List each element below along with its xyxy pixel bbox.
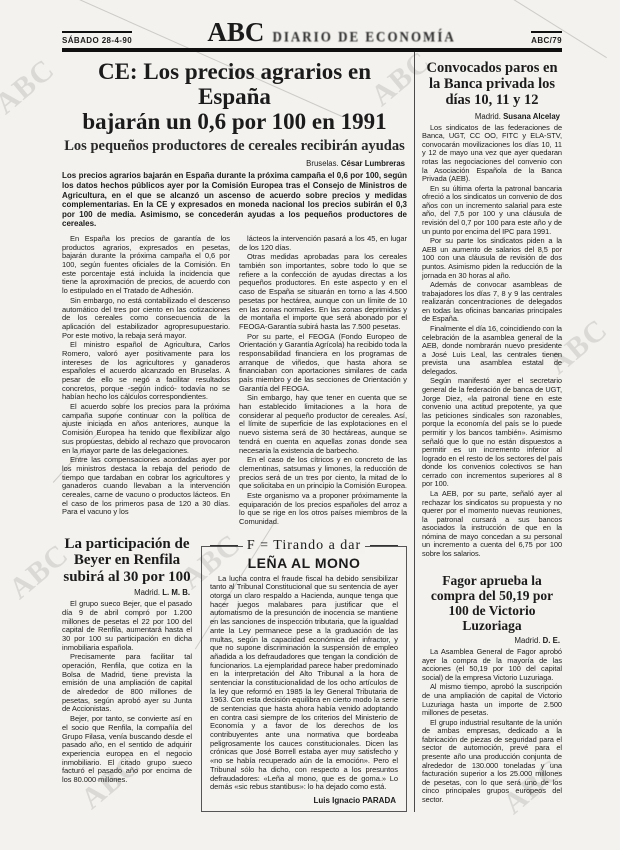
banca-dateline: Madrid. (475, 112, 501, 121)
mono-kicker-row: F = Tirando a dar (210, 538, 398, 554)
article-lena-al-mono: F = Tirando a dar LEÑA AL MONO La lucha … (201, 546, 407, 812)
paragraph: En su última oferta la patronal bancaria… (422, 185, 562, 236)
paragraph: La lucha contra el fraude fiscal ha debi… (210, 575, 398, 792)
paragraph: La AEB, por su parte, señaló ayer al rec… (422, 490, 562, 559)
fagor-dateline: Madrid. (514, 636, 540, 645)
beyer-dateline: Madrid. (134, 588, 160, 597)
page-date: SÁBADO 28-4-90 (62, 31, 132, 45)
paragraph: En España los precios de garantía de los… (62, 235, 230, 296)
left-zone: CE: Los precios agrarios en España bajar… (62, 52, 407, 812)
ce-dateline: Bruselas. (306, 159, 339, 168)
paragraph: El grupo industrial resultante de la uni… (422, 719, 562, 805)
banca-byline: Madrid. Susana Alcelay (424, 112, 560, 121)
mono-title: LEÑA AL MONO (210, 555, 398, 571)
ce-column-1: En España los precios de garantía de los… (62, 235, 230, 528)
paragraph: Por su parte los sindicatos piden a la A… (422, 237, 562, 280)
paragraph: Este organismo va a proponer próximament… (239, 492, 407, 527)
ce-headline: CE: Los precios agrarios en España bajar… (62, 60, 407, 134)
paragraph: Además de convocar asambleas de trabajad… (422, 281, 562, 324)
article-banca-paros: Convocados paros en la Banca privada los… (422, 60, 562, 559)
paragraph: Otras medidas aprobadas para los cereale… (239, 253, 407, 331)
article-fagor-luzoriaga: Fagor aprueba la compra del 50,19 por 10… (422, 573, 562, 805)
ce-headline-line1: CE: Los precios agrarios en España (62, 60, 407, 110)
abc-watermark: ABC (0, 53, 62, 122)
fagor-author: D. E. (543, 636, 560, 645)
section-title: DIARIO DE ECONOMÍA (272, 28, 455, 46)
paragraph: Bejer, por tanto, se convierte así en el… (62, 715, 192, 785)
banca-author: Susana Alcelay (503, 112, 560, 121)
paragraph: Entre las compensaciones acordadas ayer … (62, 456, 230, 517)
ce-lead-paragraph: Los precios agrarios bajarán en España d… (62, 171, 407, 229)
right-zone: Convocados paros en la Banca privada los… (414, 52, 562, 812)
paragraph: lácteos la intervención pasará a los 45,… (239, 235, 407, 252)
masthead-logo: ABC (207, 20, 264, 44)
paragraph: Sin embargo, hay que tener en cuenta que… (239, 394, 407, 455)
ce-headline-line2: bajarán un 0,6 por 100 en 1991 (62, 110, 407, 135)
beyer-byline: Madrid. L. M. B. (64, 588, 190, 597)
paragraph: Según manifestó ayer el secretario gener… (422, 377, 562, 489)
banca-headline: Convocados paros en la Banca privada los… (422, 60, 562, 109)
mono-signature: Luis Ignacio PARADA (212, 796, 396, 805)
paragraph: Sin embargo, no está contabilizado el de… (62, 297, 230, 340)
page-header: SÁBADO 28-4-90 ABC DIARIO DE ECONOMÍA AB… (62, 20, 562, 52)
newspaper-page: ABC ABC ABC ABC ABC ABC ABC SÁBADO 28-4-… (0, 0, 620, 850)
ce-column-2: lácteos la intervención pasará a los 45,… (239, 235, 407, 528)
fagor-byline: Madrid. D. E. (424, 636, 560, 645)
ce-author: César Lumbreras (341, 159, 405, 168)
paragraph: El grupo sueco Bejer, que el pasado día … (62, 600, 192, 652)
paragraph: El acuerdo sobre los precios para la pró… (62, 403, 230, 455)
paragraph: En el caso de los cítricos y en concreto… (239, 456, 407, 491)
paragraph: Por su parte, el FEOGA (Fondo Europeo de… (239, 333, 407, 394)
paragraph: Los sindicatos de las federaciones de Ba… (422, 124, 562, 184)
fagor-headline: Fagor aprueba la compra del 50,19 por 10… (422, 573, 562, 633)
paragraph: El ministro español de Agricultura, Carl… (62, 341, 230, 402)
bottom-row: La participación de Beyer en Renfila sub… (62, 536, 407, 812)
beyer-headline: La participación de Beyer en Renfila sub… (62, 536, 192, 586)
paragraph: Al mismo tiempo, aprobó la suscripción d… (422, 683, 562, 717)
paragraph: Finalmente el día 16, coincidiendo con l… (422, 325, 562, 376)
article-beyer-renfila: La participación de Beyer en Renfila sub… (62, 536, 192, 786)
ce-body-columns: En España los precios de garantía de los… (62, 235, 407, 528)
paragraph: Precisamente para facilitar tal operació… (62, 653, 192, 714)
main-content: CE: Los precios agrarios en España bajar… (62, 52, 562, 812)
beyer-author: L. M. B. (162, 588, 190, 597)
ce-byline: Bruselas. César Lumbreras (64, 159, 405, 168)
page-number: ABC/79 (531, 31, 562, 45)
paragraph: La Asamblea General de Fagor aprobó ayer… (422, 648, 562, 682)
article-ce-precios: CE: Los precios agrarios en España bajar… (62, 60, 407, 528)
mono-kicker: F = Tirando a dar (243, 538, 365, 554)
masthead-group: ABC DIARIO DE ECONOMÍA (132, 20, 531, 45)
ce-subhead: Los pequeños productores de cereales rec… (62, 138, 407, 155)
